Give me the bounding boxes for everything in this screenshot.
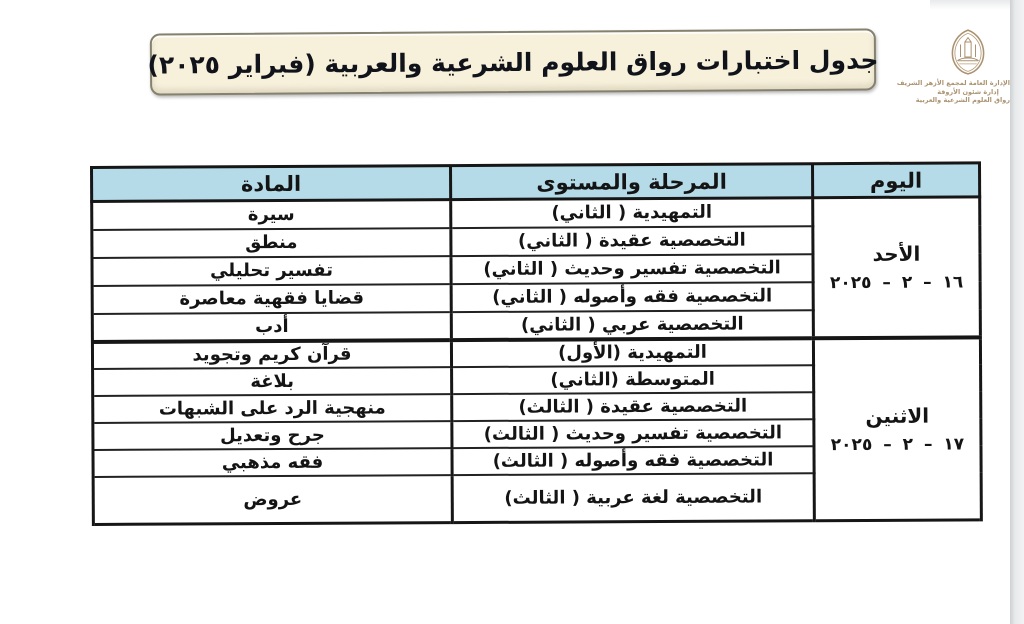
document-photo: { "colors":{ "header_bg":"#b5dbe9", "tit… — [0, 0, 1024, 624]
photo-edge-corner — [930, 0, 1010, 10]
subject-cell: قرآن كريم وتجويد — [92, 340, 451, 369]
day-cell-sunday: الأحد ١٦ – ٢ – ٢٠٢٥ — [813, 197, 981, 338]
title-box: جدول اختبارات رواق العلوم الشرعية والعرب… — [150, 28, 876, 95]
page-title: جدول اختبارات رواق العلوم الشرعية والعرب… — [147, 45, 878, 79]
stage-cell: التخصصية تفسير وحديث ( الثاني) — [451, 254, 813, 284]
subject-cell: عروض — [93, 475, 452, 525]
column-header-stage: المرحلة والمستوى — [451, 164, 813, 200]
stage-cell: التخصصية تفسير وحديث ( الثالث) — [452, 419, 814, 448]
subject-cell: منطق — [92, 228, 451, 258]
subject-cell: منهجية الرد على الشبهات — [93, 394, 452, 423]
day-date: ١٧ – ٢ – ٢٠٢٥ — [819, 434, 975, 455]
schedule-table-wrap: اليوم المرحلة والمستوى المادة الأحد ١٦ –… — [90, 161, 983, 526]
exam-schedule-table: اليوم المرحلة والمستوى المادة الأحد ١٦ –… — [90, 161, 983, 526]
subject-cell: أدب — [92, 312, 451, 342]
stage-cell: التخصصية عقيدة ( الثاني) — [451, 226, 813, 256]
day-cell-monday: الاثنين ١٧ – ٢ – ٢٠٢٥ — [813, 337, 981, 521]
stage-cell: التمهيدية (الأول) — [451, 338, 813, 367]
logo-caption-line: إدارة شئون الأروقة — [926, 88, 1010, 97]
logo-caption-line: الإدارة العامة لمجمع الأزهر الشريف — [926, 79, 1010, 88]
subject-cell: تفسير تحليلي — [92, 256, 451, 286]
logo-caption: الإدارة العامة لمجمع الأزهر الشريف إدارة… — [926, 79, 1010, 105]
stage-cell: التخصصية فقه وأصوله ( الثالث) — [452, 446, 814, 475]
day-name: الأحد — [818, 241, 974, 266]
stage-cell: المتوسطة (الثاني) — [452, 365, 814, 394]
stage-cell: التمهيدية ( الثاني) — [451, 198, 813, 228]
al-azhar-logo: الإدارة العامة لمجمع الأزهر الشريف إدارة… — [926, 28, 1010, 105]
column-header-day: اليوم — [812, 163, 979, 198]
stage-cell: التخصصية فقه وأصوله ( الثاني) — [451, 282, 813, 312]
subject-cell: بلاغة — [93, 367, 452, 396]
subject-cell: سيرة — [92, 200, 451, 230]
day-name: الاثنين — [819, 403, 975, 428]
logo-caption-line: رواق العلوم الشرعية والعربية — [926, 96, 1010, 105]
photo-edge-strip — [1010, 0, 1024, 624]
stage-cell: التخصصية لغة عربية ( الثالث) — [452, 473, 814, 523]
subject-cell: فقه مذهبي — [93, 448, 452, 477]
al-azhar-emblem-icon — [948, 28, 988, 76]
day-date: ١٦ – ٢ – ٢٠٢٥ — [819, 272, 975, 293]
column-header-subject: المادة — [92, 166, 451, 202]
subject-cell: قضايا فقهية معاصرة — [92, 284, 451, 314]
stage-cell: التخصصية عقيدة ( الثالث) — [452, 392, 814, 421]
stage-cell: التخصصية عربي ( الثاني) — [451, 310, 813, 340]
subject-cell: جرح وتعديل — [93, 421, 452, 450]
table-row: الاثنين ١٧ – ٢ – ٢٠٢٥ التمهيدية (الأول) … — [92, 337, 980, 369]
table-row: الأحد ١٦ – ٢ – ٢٠٢٥ التمهيدية ( الثاني) … — [92, 197, 980, 230]
header-row: اليوم المرحلة والمستوى المادة — [92, 163, 980, 202]
